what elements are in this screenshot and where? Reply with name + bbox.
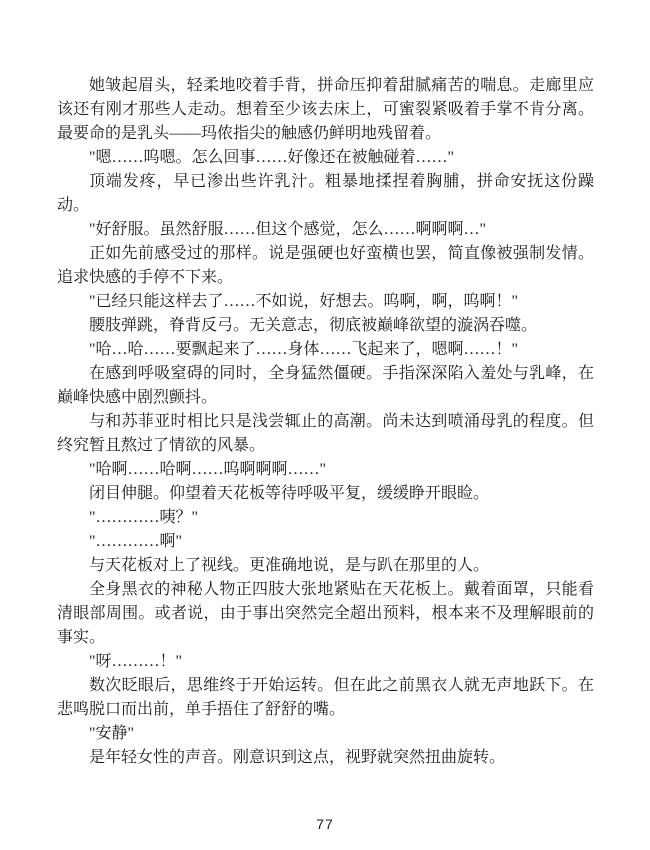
- paragraph-dialogue: "…………咦？": [57, 506, 594, 530]
- paragraph: 闭目伸腿。仰望着天花板等待呼吸平复，缓缓睁开眼睑。: [57, 482, 594, 506]
- paragraph: 与和苏菲亚时相比只是浅尝辄止的高潮。尚未达到喷涌母乳的程度。但终究暂且熬过了情欲…: [57, 410, 594, 458]
- paragraph: 与天花板对上了视线。更准确地说，是与趴在那里的人。: [57, 554, 594, 578]
- paragraph: 全身黑衣的神秘人物正四肢大张地紧贴在天花板上。戴着面罩，只能看清眼部周围。或者说…: [57, 578, 594, 650]
- document-page: 她皱起眉头，轻柔地咬着手背，拼命压抑着甜腻痛苦的喘息。走廊里应该还有刚才那些人走…: [0, 0, 650, 850]
- paragraph-dialogue: "安静": [57, 722, 594, 746]
- paragraph-dialogue: "好舒服。虽然舒服……但这个感觉，怎么……啊啊啊…": [57, 218, 594, 242]
- paragraph: 在感到呼吸窒碍的同时，全身猛然僵硬。手指深深陷入羞处与乳峰，在巅峰快感中剧烈颤抖…: [57, 362, 594, 410]
- paragraph: 数次眨眼后，思维终于开始运转。但在此之前黑衣人就无声地跃下。在悲鸣脱口而出前，单…: [57, 674, 594, 722]
- paragraph-dialogue: "哈…哈……要飘起来了……身体……飞起来了，嗯啊……！": [57, 338, 594, 362]
- paragraph: 腰肢弹跳，脊背反弓。无关意志，彻底被巅峰欲望的漩涡吞噬。: [57, 314, 594, 338]
- paragraph: 顶端发疼，早已渗出些许乳汁。粗暴地揉捏着胸脯，拼命安抚这份躁动。: [57, 170, 594, 218]
- paragraph-dialogue: "呀………！": [57, 650, 594, 674]
- paragraph-dialogue: "…………啊": [57, 530, 594, 554]
- paragraph-dialogue: "已经只能这样去了……不如说，好想去。呜啊，啊，呜啊！": [57, 290, 594, 314]
- paragraph: 她皱起眉头，轻柔地咬着手背，拼命压抑着甜腻痛苦的喘息。走廊里应该还有刚才那些人走…: [57, 74, 594, 146]
- paragraph: 是年轻女性的声音。刚意识到这点，视野就突然扭曲旋转。: [57, 746, 594, 770]
- page-body-text: 她皱起眉头，轻柔地咬着手背，拼命压抑着甜腻痛苦的喘息。走廊里应该还有刚才那些人走…: [57, 74, 594, 770]
- page-number: 77: [0, 816, 650, 832]
- paragraph: 正如先前感受过的那样。说是强硬也好蛮横也罢，简直像被强制发情。追求快感的手停不下…: [57, 242, 594, 290]
- paragraph-dialogue: "哈啊……哈啊……呜啊啊啊……": [57, 458, 594, 482]
- paragraph-dialogue: "嗯……呜嗯。怎么回事……好像还在被触碰着……": [57, 146, 594, 170]
